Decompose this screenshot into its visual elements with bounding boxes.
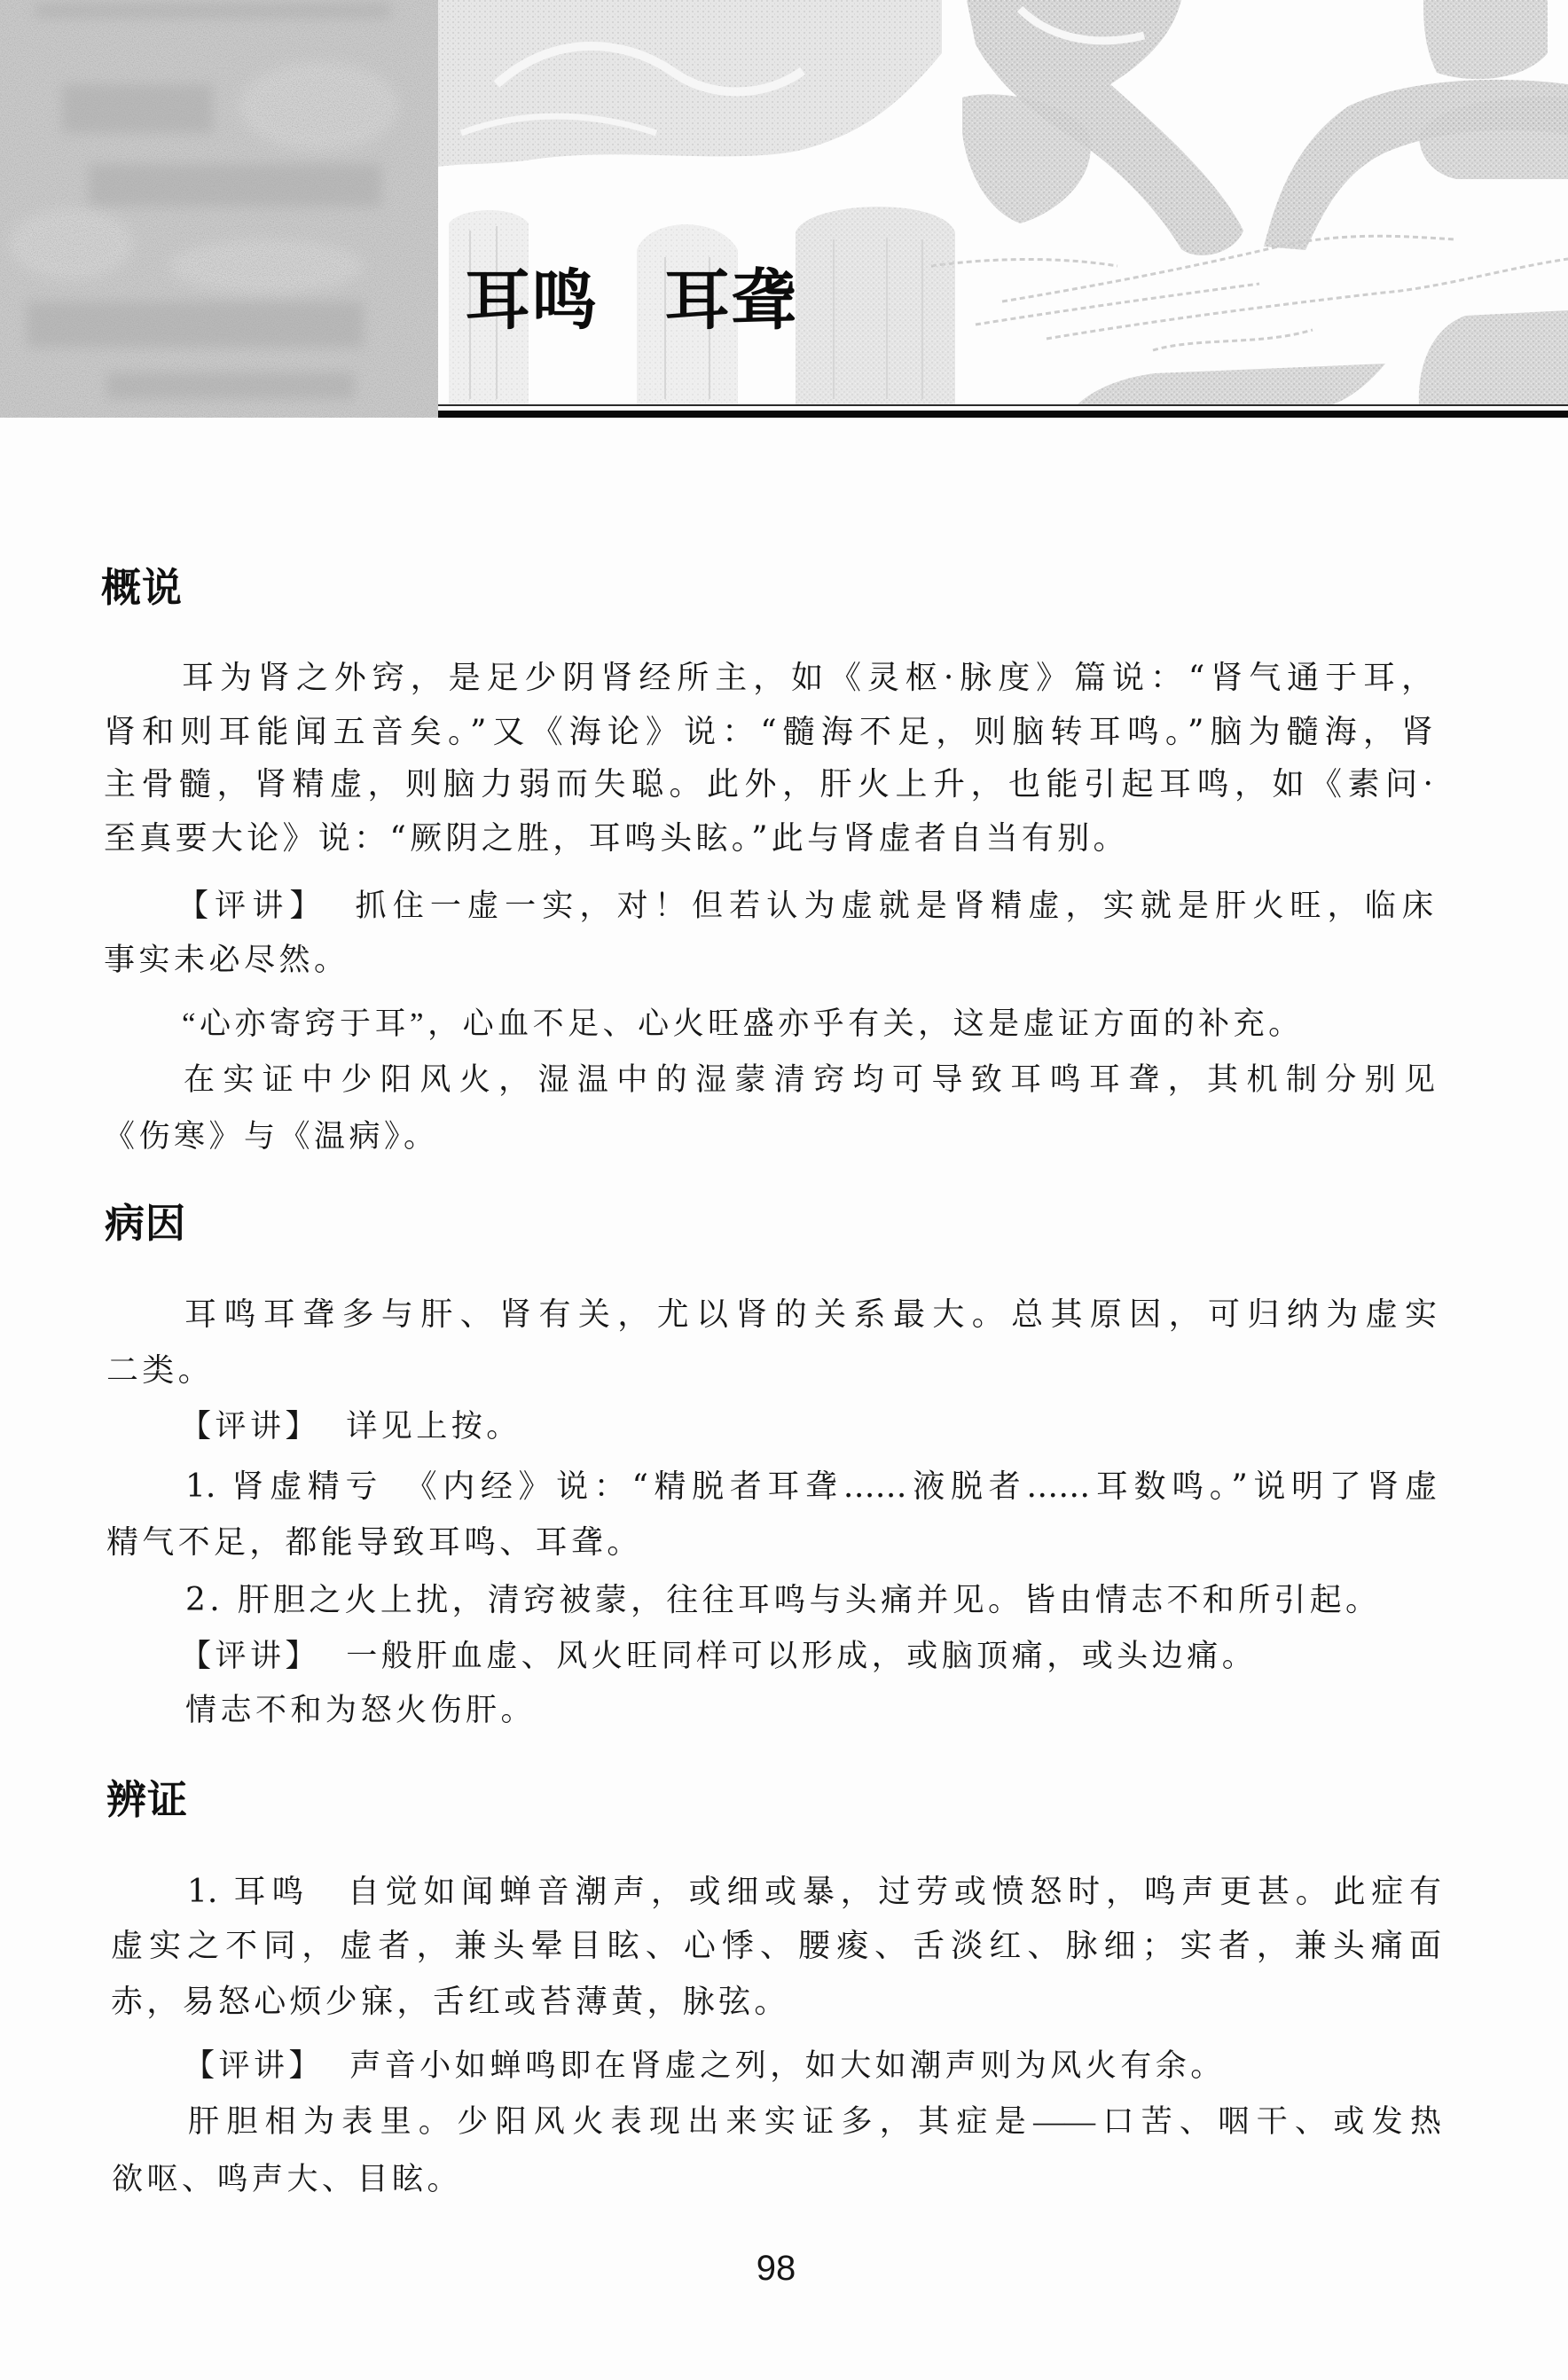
commentary-line: 【评讲】 抓住一虚一实，对！但若认为虚就是肾精虚，实就是肝火旺，临床 [177,880,1433,933]
header-gray-panel [0,0,438,418]
commentary-line: 欲呕、鸣声大、目眩。 [112,2153,462,2206]
page-number: 98 [687,2251,865,2286]
book-page: 耳鸣 耳聋 概说 耳为肾之外窍，是足少阴肾经所主，如《灵枢·脉度》篇说：“肾气通… [0,0,1568,2380]
section-heading: 辨证 [106,1780,188,1820]
commentary-line: 在实证中少阳风火，湿温中的湿蒙清窍均可导致耳鸣耳聋，其机制分别见 [184,1053,1435,1107]
header-cloud-art [438,0,1568,404]
header-rule-thin [438,404,1568,406]
commentary-line: 【评讲】 声音小如蝉鸣即在肾虚之列，如大如潮声则为风火有余。 [184,2039,1226,2093]
commentary-line: 【评讲】 一般肝血虚、风火旺同样可以形成，或脑顶痛，或头边痛。 [180,1630,1257,1683]
commentary-line: 事实未必尽然。 [104,934,349,987]
section-heading: 病因 [105,1203,186,1244]
body-line: 1. 耳鸣 自觉如闻蝉音潮声，或细或暴，过劳或愤怒时，鸣声更甚。此症有 [187,1866,1441,1919]
body-line: 耳为肾之外窍，是足少阴肾经所主，如《灵枢·脉度》篇说：“肾气通于耳， [182,652,1433,705]
body-line: 主骨髓，肾精虚，则脑力弱而失聪。此外，肝火上升，也能引起耳鸣，如《素问· [104,758,1433,811]
body-line: 二类。 [106,1344,214,1397]
commentary-line: “心亦寄窍于耳”，心血不足、心火旺盛亦乎有关，这是虚证方面的补充。 [182,998,1304,1051]
body-line: 赤，易怒心烦少寐，舌红或苔薄黄，脉弦。 [111,1976,790,2029]
section-heading: 概说 [101,568,183,608]
body-line: 耳鸣耳聋多与肝、肾有关，尤以肾的关系最大。总其原因，可归纳为虚实 [184,1288,1437,1342]
body-line: 肾和则耳能闻五音矣。”又《海论》说：“髓海不足，则脑转耳鸣。”脑为髓海，肾 [104,706,1433,759]
body-line: 虚实之不同，虚者，兼头晕目眩、心悸、腰痠、舌淡红、脉细；实者，兼头痛面 [111,1920,1441,1973]
body-line: 2. 肝胆之火上扰，清窍被蒙，往往耳鸣与头痛并见。皆由情志不和所引起。 [185,1574,1381,1627]
header-rule-thick [438,411,1568,418]
commentary-line: 情志不和为怒火伤肝。 [185,1684,536,1737]
chapter-title: 耳鸣 耳聋 [465,268,797,333]
header-illustration [0,0,1568,418]
body-line: 1. 肾虚精亏 《内经》说：“精脱者耳聋……液脱者……耳数鸣。”说明了肾虚 [185,1460,1437,1514]
body-line: 至真要大论》说：“厥阴之胜，耳鸣头眩。”此与肾虚者自当有别。 [104,812,1129,865]
commentary-line: 肝胆相为表里。少阳风火表现出来实证多，其症是——口苦、咽干、或发热 [188,2095,1441,2149]
commentary-line: 【评讲】 详见上按。 [180,1400,521,1453]
body-line: 精气不足，都能导致耳鸣、耳聋。 [106,1516,643,1570]
commentary-line: 《伤寒》与《温病》。 [104,1110,439,1163]
